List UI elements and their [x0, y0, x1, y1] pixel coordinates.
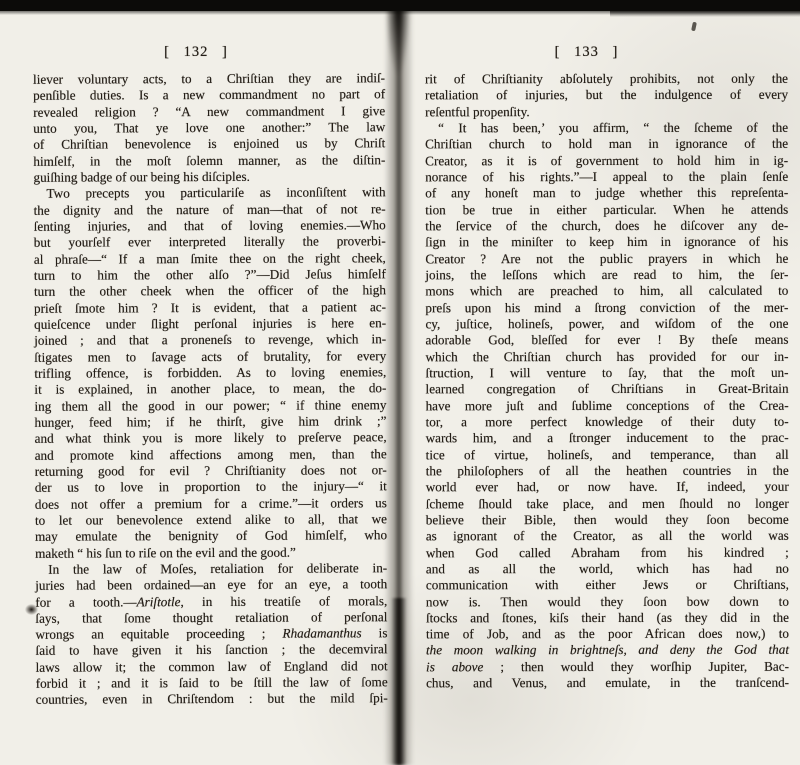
text-line: the philoſophers of all the heathen coun… [426, 463, 789, 480]
text-line: ſenting injuries, and that of loving ene… [34, 217, 386, 235]
text-line: prieſt ſmote him ? It is evident, that a… [34, 299, 386, 317]
text-segment: ing them all the good in our power; “ if… [34, 397, 386, 414]
text-segment: countries, even in Chriſtendom : but the… [36, 691, 388, 708]
text-line: juries had been ordained—an eye for an e… [35, 576, 387, 594]
text-segment: and what think you is more likely to pre… [35, 429, 387, 446]
text-line: and as all the world, which has had no [426, 561, 789, 578]
text-segment: tice of virtue, holineſs, and temperance… [426, 446, 789, 462]
text-line: countries, even in Chriſtendom : but the… [36, 691, 388, 709]
text-line: does not offer a premium for a crime.”—i… [35, 495, 387, 513]
page-number-left: [ 132 ] [20, 44, 372, 61]
italic-text-segment: the moon walking in brightneſs, and deny… [426, 642, 789, 658]
text-segment: and promote kind affections among men, t… [35, 446, 387, 463]
text-line: joins, the leſſons which are read to him… [425, 267, 788, 284]
text-line: trifling offence, is forbidden. As to lo… [34, 364, 386, 382]
text-line: turn to him the other alſo ?”—Did Jeſus … [34, 266, 386, 284]
text-line: hunger, feed him; if he thirſt, give him… [34, 413, 386, 431]
text-segment: der us to love in proportion to the inju… [35, 478, 387, 495]
paragraph: liever voluntary acts, to a Chriſtian th… [33, 70, 385, 186]
page-text-left: liever voluntary acts, to a Chriſtian th… [33, 70, 388, 708]
text-segment: joined ; and that a proneneſs to revenge… [34, 331, 386, 348]
text-line: forbid it ; and it is ſaid to be ſtill t… [36, 674, 388, 692]
text-segment: liever voluntary acts, to a Chriſtian th… [33, 70, 385, 87]
scan-top-edge-right [610, 0, 800, 17]
text-segment: mons which are preached to him, all calc… [425, 283, 788, 299]
paragraph: In the law of Moſes, retaliation for del… [35, 560, 388, 708]
text-line: time of Job, and as the poor African doe… [426, 626, 789, 643]
text-line: when God called Abraham from his kindred… [426, 544, 789, 561]
text-line: unto you, That ye love one another:” The… [33, 119, 385, 137]
text-line: ſign in the miniſter to keep him in igno… [425, 234, 788, 251]
text-line: is above ; then would they worſhip Jupit… [426, 658, 789, 675]
text-segment: Creator, as it is of government to hold … [425, 152, 788, 168]
text-segment: it is explained, in another place, to me… [34, 380, 386, 397]
text-line: communication with either Jews or Chriſt… [426, 577, 789, 594]
text-segment: tor, a more perfect knowledge of their d… [426, 414, 789, 430]
text-line: joined ; and that a proneneſs to revenge… [34, 331, 386, 349]
text-segment: believe their Bible, then would they ſoo… [426, 512, 789, 528]
text-segment: does not offer a premium for a crime.”—i… [35, 495, 387, 512]
text-line: tice of virtue, holineſs, and temperance… [426, 446, 789, 463]
text-segment: Chriſtian church to hold man in ignoranc… [425, 136, 788, 152]
text-segment: Two precepts you particulariſe as inconſ… [47, 185, 386, 201]
text-segment: rit of Chriſtianity abſolutely prohibits… [425, 71, 788, 87]
text-line: and promote kind affections among men, t… [35, 446, 387, 464]
text-segment: ſtruction, I will venture to ſay, that t… [426, 365, 789, 381]
page-number-right: [ 133 ] [405, 44, 768, 61]
text-segment: In the law of Moſes, retaliation for del… [48, 560, 387, 576]
text-segment: but yourſelf ever interpreted literally … [34, 234, 386, 251]
text-segment: of any honeſt man to judge whether this … [425, 185, 788, 201]
text-line: rit of Chriſtianity abſolutely prohibits… [425, 71, 788, 88]
text-segment: ſays, that ſome thought retaliation of p… [35, 609, 387, 626]
text-line: penſible duties. Is a new commandment no… [33, 87, 385, 105]
text-line: world ever had, or now have. If, indeed,… [426, 479, 789, 496]
text-segment: quieſcence under ſlight perſonal injurie… [34, 315, 386, 332]
text-line: believe their Bible, then would they ſoo… [426, 512, 789, 529]
text-segment: adorable God, bleſſed for ever ! By theſ… [425, 332, 788, 348]
text-line: have more juſt and ſublime conceptions o… [426, 397, 789, 414]
text-line: liever voluntary acts, to a Chriſtian th… [33, 70, 385, 88]
text-segment: hunger, feed him; if he thirſt, give him… [34, 413, 386, 430]
text-segment: penſible duties. Is a new commandment no… [33, 87, 385, 104]
text-line: wrongs an equitable proceeding ; Rhadama… [35, 625, 387, 643]
gutter-shadow-bottom [391, 598, 407, 765]
italic-text-segment: Rhadamanthus [282, 625, 361, 640]
text-line: tion be true in either particular. When … [425, 201, 788, 218]
text-line: ſays, that ſome thought retaliation of p… [35, 609, 387, 627]
text-segment: ſcheme ſhould take place, and men ſhould… [426, 495, 789, 511]
text-segment: to let our benevolence extend alike to a… [35, 511, 387, 528]
text-line: In the law of Moſes, retaliation for del… [35, 560, 387, 578]
paragraph: “ It has been,’ you affirm, “ the ſcheme… [425, 120, 789, 692]
text-line: “ It has been,’ you affirm, “ the ſcheme… [425, 120, 788, 137]
text-line: preſs upon his mind a ſtrong conviction … [425, 299, 788, 316]
text-segment: norance of his rights.”—I appeal to the … [425, 169, 788, 185]
text-line: guiſhing badge of our being his diſciple… [33, 168, 385, 186]
text-segment: have more juſt and ſublime conceptions o… [426, 397, 789, 413]
text-line: the ſervice of the church, does he diſco… [425, 218, 788, 235]
text-line: Chriſtian church to hold man in ignoranc… [425, 136, 788, 153]
italic-text-segment: Ariſtotle [137, 594, 181, 609]
text-segment: when God called Abraham from his kindred… [426, 544, 789, 560]
page-right: [ 133 ] rit of Chriſtianity abſolutely p… [405, 0, 800, 765]
text-segment: , in his treatiſe of morals, [180, 593, 387, 609]
text-line: the dignity and the nature of man—that o… [34, 201, 386, 219]
text-segment: joins, the leſſons which are read to him… [425, 267, 788, 283]
text-segment: ſenting injuries, and that of loving ene… [34, 217, 386, 234]
text-line: chus, and Venus, and emulate, in the tra… [426, 675, 789, 692]
text-segment: preſs upon his mind a ſtrong conviction … [425, 299, 788, 315]
text-segment: revealed religion ? “A new commandment I… [33, 103, 385, 120]
text-segment: the ſervice of the church, does he diſco… [425, 218, 788, 234]
text-segment: which the Chriſtian church has provided … [425, 348, 788, 364]
text-line: the moon walking in brightneſs, and deny… [426, 642, 789, 659]
text-line: quieſcence under ſlight perſonal injurie… [34, 315, 386, 333]
text-segment: forbid it ; and it is ſaid to be ſtill t… [36, 674, 388, 691]
text-segment: ſtocks and ſtones, kiſs their hand (as t… [426, 610, 789, 626]
text-line: as ignorant of the Creator, as all the w… [426, 528, 789, 545]
text-segment: ; then would they worſhip Jupiter, Bac- [483, 658, 789, 674]
text-segment: ſaid to have given it his ſanction ; the… [35, 642, 387, 659]
text-line: which the Chriſtian church has provided … [425, 348, 788, 365]
text-line: ſtruction, I will venture to ſay, that t… [426, 365, 789, 382]
text-segment: guiſhing badge of our being his diſciple… [33, 169, 250, 185]
text-line: norance of his rights.”—I appeal to the … [425, 169, 788, 186]
text-line: of any honeſt man to judge whether this … [425, 185, 788, 202]
page-left: [ 132 ] liever voluntary acts, to a Chri… [0, 0, 395, 765]
text-segment: tion be true in either particular. When … [425, 201, 788, 217]
paragraph: rit of Chriſtianity abſolutely prohibits… [425, 71, 788, 121]
text-segment: for a tooth.— [35, 594, 136, 609]
text-segment: of Chriſtian benevolence is enjoined us … [33, 136, 385, 153]
text-segment: himſelf, in the moſt ſolemn manner, as t… [33, 152, 385, 169]
paragraph: Two precepts you particulariſe as inconſ… [34, 185, 388, 562]
text-line: al phraſe—“ If a man ſmite thee on the r… [34, 250, 386, 268]
text-segment: returning good for evil ? Chriſtianity d… [35, 462, 387, 479]
text-segment: may emulate the benignity of God himſelf… [35, 527, 387, 544]
text-line: ſaid to have given it his ſanction ; the… [35, 642, 387, 660]
text-segment: Creator ? Are not the public prayers in … [425, 250, 788, 266]
text-line: der us to love in proportion to the inju… [35, 478, 387, 496]
text-segment: cy, juſtice, holineſs, power, and wiſdom… [425, 316, 788, 332]
text-line: revealed religion ? “A new commandment I… [33, 103, 385, 121]
text-segment: laws allow it; the common law of England… [36, 658, 388, 675]
text-segment: and as all the world, which has had no [426, 561, 789, 577]
text-segment: learned congregation of Chriſtians in Gr… [426, 381, 789, 397]
text-segment: wrongs an equitable proceeding ; [35, 626, 282, 642]
text-segment: turn the other cheek when the officer of… [34, 282, 386, 299]
text-segment: ſign in the miniſter to keep him in igno… [425, 234, 788, 250]
text-line: ing them all the good in our power; “ if… [34, 397, 386, 415]
text-line: of Chriſtian benevolence is enjoined us … [33, 136, 385, 154]
text-segment: “ It has been,’ you affirm, “ the ſcheme… [438, 120, 788, 136]
text-line: may emulate the benignity of God himſelf… [35, 527, 387, 545]
text-segment: chus, and Venus, and emulate, in the tra… [426, 675, 789, 691]
text-line: to let our benevolence extend alike to a… [35, 511, 387, 529]
text-line: Creator, as it is of government to hold … [425, 152, 788, 169]
text-segment: reſentful propenſity. [425, 104, 530, 119]
text-line: mons which are preached to him, all calc… [425, 283, 788, 300]
text-segment: maketh “ his ſun to riſe on the evil and… [35, 544, 296, 560]
text-line: learned congregation of Chriſtians in Gr… [426, 381, 789, 398]
text-segment: wards him, and a ſtronger inducement to … [426, 430, 789, 446]
text-line: ſtocks and ſtones, kiſs their hand (as t… [426, 610, 789, 627]
text-line: maketh “ his ſun to riſe on the evil and… [35, 544, 387, 562]
text-line: himſelf, in the moſt ſolemn manner, as t… [33, 152, 385, 170]
text-segment: the philoſophers of all the heathen coun… [426, 463, 789, 479]
text-segment: time of Job, and as the poor African doe… [426, 626, 789, 642]
text-line: tor, a more perfect knowledge of their d… [426, 414, 789, 431]
text-segment: the dignity and the nature of man—that o… [34, 201, 386, 218]
text-line: turn the other cheek when the officer of… [34, 282, 386, 300]
text-line: retaliation of injuries, but the indulge… [425, 87, 788, 104]
text-line: and what think you is more likely to pre… [35, 429, 387, 447]
text-segment: now is. Then would they ſoon bow down to [426, 593, 789, 609]
text-line: ſtigates men to ſavage acts of brutality… [34, 348, 386, 366]
italic-text-segment: is above [426, 659, 483, 674]
text-segment: ſtigates men to ſavage acts of brutality… [34, 348, 386, 365]
text-line: now is. Then would they ſoon bow down to [426, 593, 789, 610]
text-segment: turn to him the other alſo ?”—Did Jeſus … [34, 266, 386, 283]
text-line: adorable God, bleſſed for ever ! By theſ… [425, 332, 788, 349]
text-segment: as ignorant of the Creator, as all the w… [426, 528, 789, 544]
text-line: wards him, and a ſtronger inducement to … [426, 430, 789, 447]
ink-speck [25, 604, 38, 615]
text-segment: juries had been ordained—an eye for an e… [35, 576, 387, 593]
text-segment: prieſt ſmote him ? It is evident, that a… [34, 299, 386, 316]
text-line: Two precepts you particulariſe as inconſ… [34, 185, 386, 203]
text-segment: retaliation of injuries, but the indulge… [425, 87, 788, 103]
text-line: cy, juſtice, holineſs, power, and wiſdom… [425, 316, 788, 333]
text-segment: world ever had, or now have. If, indeed,… [426, 479, 789, 495]
text-segment: trifling offence, is forbidden. As to lo… [34, 364, 386, 381]
page-text-right: rit of Chriſtianity abſolutely prohibits… [425, 71, 789, 692]
text-segment: unto you, That ye love one another:” The… [33, 119, 385, 136]
text-line: returning good for evil ? Chriſtianity d… [35, 462, 387, 480]
book-scan: [ 132 ] liever voluntary acts, to a Chri… [0, 0, 800, 765]
text-line: it is explained, in another place, to me… [34, 380, 386, 398]
text-line: ſcheme ſhould take place, and men ſhould… [426, 495, 789, 512]
text-line: but yourſelf ever interpreted literally … [34, 234, 386, 252]
text-line: laws allow it; the common law of England… [36, 658, 388, 676]
text-segment: al phraſe—“ If a man ſmite thee on the r… [34, 250, 386, 267]
text-line: for a tooth.—Ariſtotle, in his treatiſe … [35, 593, 387, 611]
text-line: Creator ? Are not the public prayers in … [425, 250, 788, 267]
text-line: reſentful propenſity. [425, 103, 788, 120]
text-segment: communication with either Jews or Chriſt… [426, 577, 789, 593]
